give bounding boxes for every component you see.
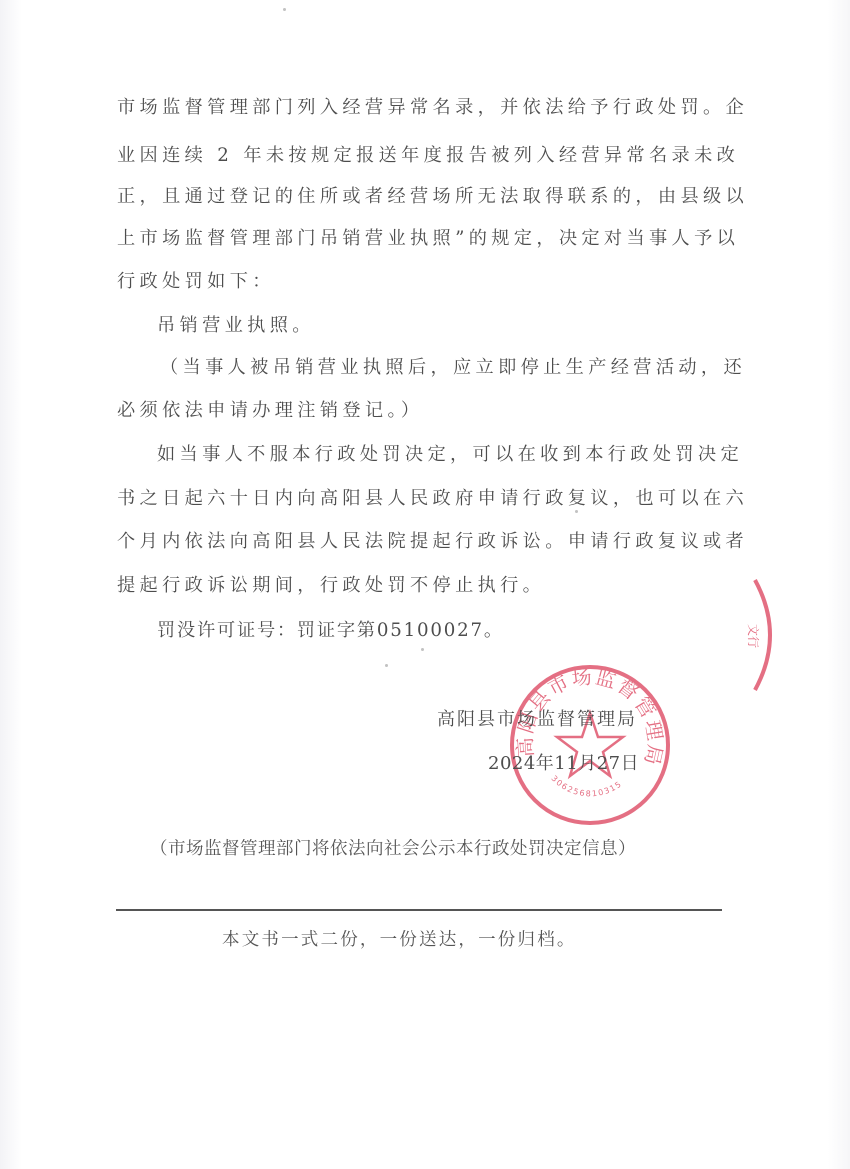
official-seal-icon: 高阳县市场监督管理局 306256810315	[508, 663, 672, 827]
document-page: 市场监督管理部门列入经营异常名录，并依法给予行政处罚。企 业因连续 2 年未按规…	[0, 0, 850, 1169]
copies-note: 本文书一式二份，一份送达，一份归档。	[222, 926, 577, 951]
svg-text:306256810315: 306256810315	[550, 774, 624, 799]
scan-speck	[385, 664, 388, 667]
partial-seal-icon: 文行	[735, 575, 795, 695]
penalty-decision: 吊销营业执照。	[157, 314, 732, 338]
body-line: 正，且通过登记的住所或者经营场所无法取得联系的，由县级以	[117, 185, 692, 209]
body-line: 业因连续 2 年未按规定报送年度报告被列入经营异常名录未改	[117, 144, 692, 168]
svg-text:文行: 文行	[746, 624, 760, 648]
body-line: 行政处罚如下：	[117, 270, 692, 294]
permit-number: 罚没许可证号：罚证字第05100027。	[157, 619, 732, 643]
appeal-line: 如当事人不服本行政处罚决定，可以在收到本行政处罚决定	[157, 443, 732, 467]
appeal-line: 个月内依法向高阳县人民法院提起行政诉讼。申请行政复议或者	[117, 530, 692, 554]
appeal-line: 提起行政诉讼期间，行政处罚不停止执行。	[117, 574, 692, 598]
note-line: 必须依法申请办理注销登记。）	[117, 399, 692, 423]
note-line: （当事人被吊销营业执照后，应立即停止生产经营活动，还	[160, 356, 735, 380]
scan-speck	[421, 648, 424, 651]
appeal-line: 书之日起六十日内向高阳县人民政府申请行政复议，也可以在六	[117, 487, 692, 511]
divider	[116, 909, 722, 911]
body-line: 上市场监督管理部门吊销营业执照”的规定，决定对当事人予以	[117, 227, 692, 251]
scan-speck	[283, 8, 286, 11]
scan-speck	[575, 510, 578, 513]
publicity-notice: （市场监督管理部门将依法向社会公示本行政处罚决定信息）	[150, 835, 636, 860]
issue-date: 2024年11月27日	[488, 749, 639, 775]
body-line: 市场监督管理部门列入经营异常名录，并依法给予行政处罚。企	[117, 96, 692, 120]
issuing-authority: 高阳县市场监督管理局	[437, 705, 637, 731]
